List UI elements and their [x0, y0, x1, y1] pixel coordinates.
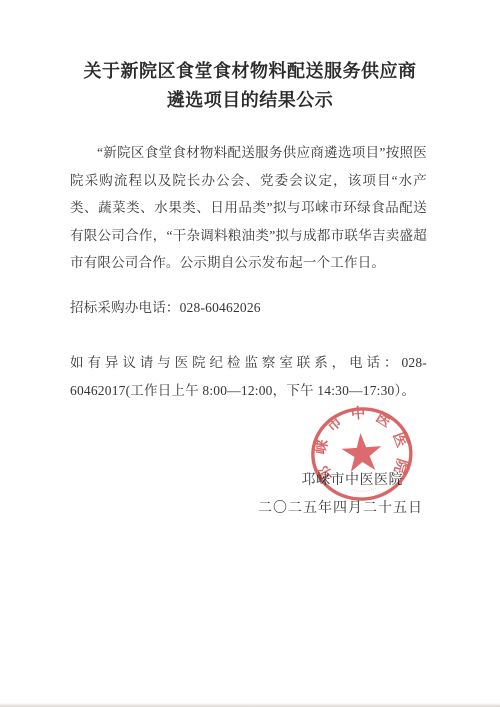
- svg-text:·············: ·············: [350, 487, 378, 496]
- document-title-line1: 关于新院区食堂食材物料配送服务供应商: [40, 57, 460, 86]
- scan-bottom-shadow: [0, 703, 500, 707]
- document-title-line2: 遴选项目的结果公示: [40, 86, 460, 115]
- seal-star-icon: [340, 432, 383, 473]
- document-title: 关于新院区食堂食材物料配送服务供应商 遴选项目的结果公示: [40, 57, 460, 115]
- official-red-seal: 邛崃市中医医院 ·············: [303, 401, 422, 511]
- appeal-contact-line: 如有异议请与医院纪检监察室联系，电话：028-60462017(工作日上午 8:…: [70, 349, 427, 404]
- main-paragraph: “新院区食堂食材物料配送服务供应商遴选项目”按照医院采购流程以及院长办公会、党委…: [70, 139, 427, 277]
- document-page: 关于新院区食堂食材物料配送服务供应商 遴选项目的结果公示 “新院区食堂食材物料配…: [0, 0, 500, 707]
- procurement-phone-line: 招标采购办电话：028-60462026: [70, 294, 427, 322]
- seal-registration-marks: ·············: [350, 487, 378, 496]
